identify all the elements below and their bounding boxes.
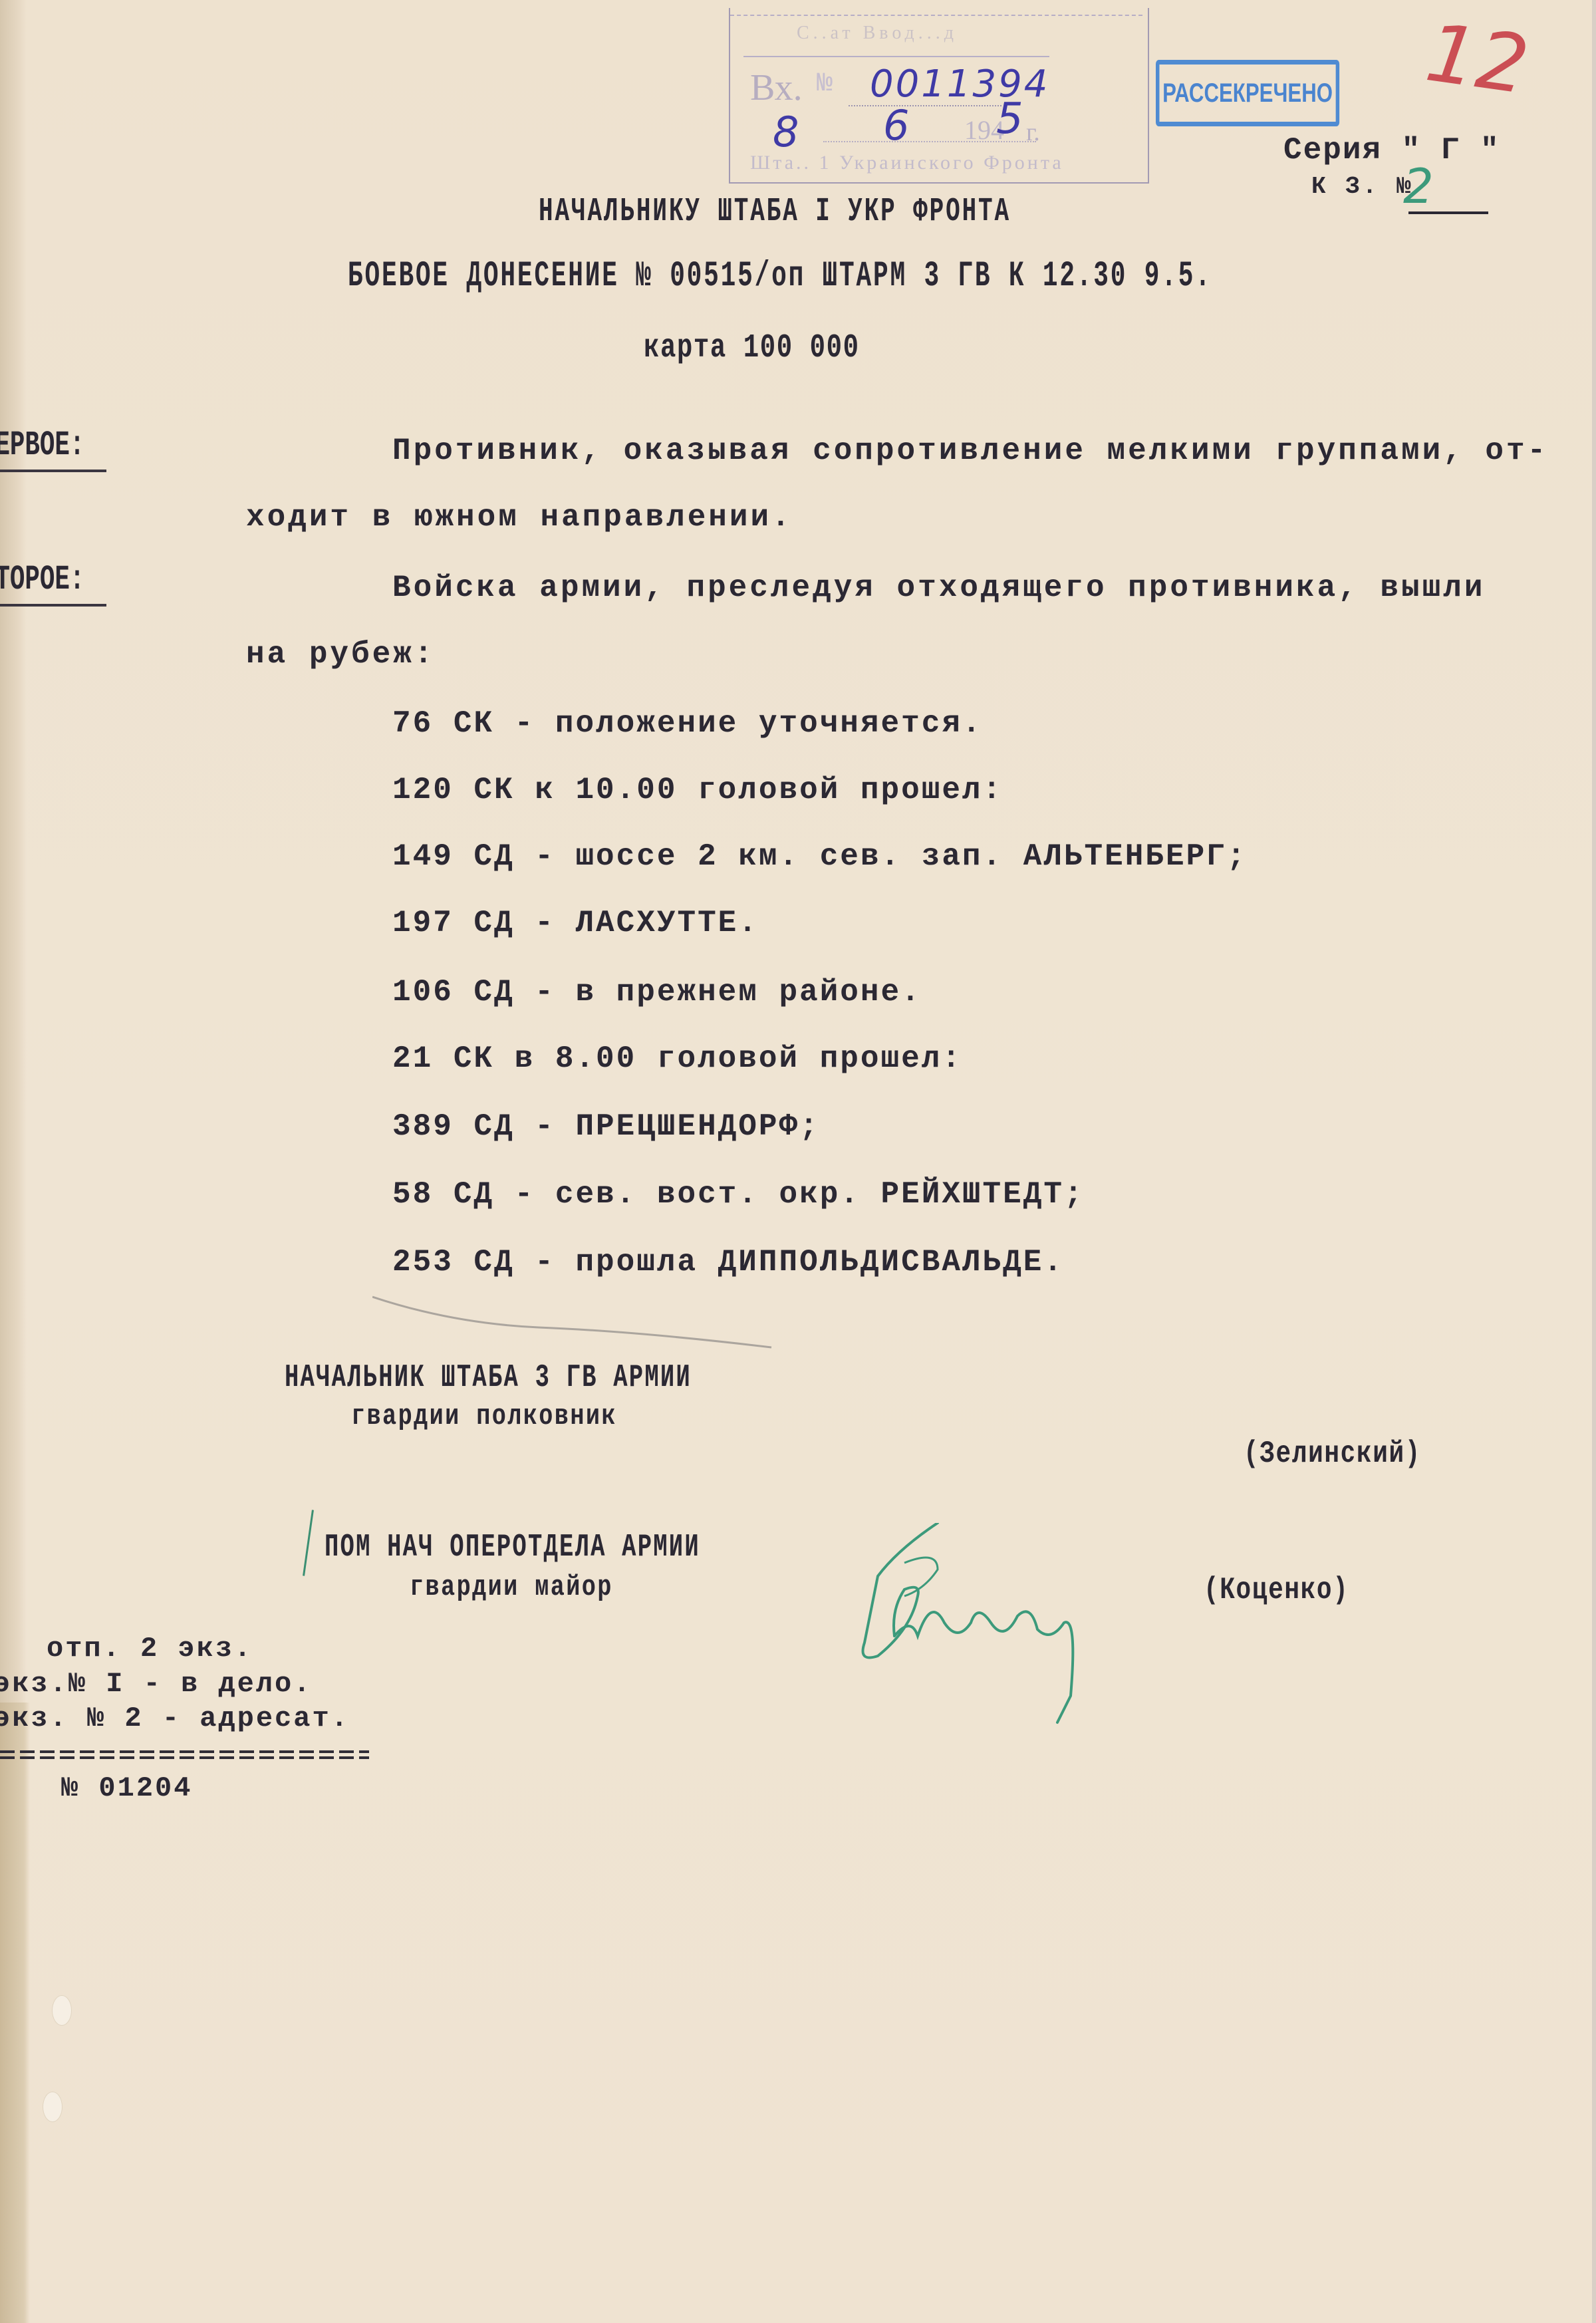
double-rule bbox=[0, 1750, 369, 1760]
pencil-stroke bbox=[372, 1284, 904, 1350]
incoming-day: 8 bbox=[773, 108, 799, 156]
stamp-footer: Шта.. 1 Украинского Фронта bbox=[750, 152, 1064, 174]
deputy-name: (Коценко) bbox=[1204, 1573, 1349, 1607]
series-label: Серия " Г " bbox=[1283, 133, 1500, 168]
unit-line: 389 СД - ПРЕЦШЕНДОРФ; bbox=[392, 1109, 820, 1144]
unit-line: 106 СД - в прежнем районе. bbox=[392, 975, 922, 1010]
first-line-2: ходит в южном направлении. bbox=[246, 500, 793, 535]
document-page: С..ат Ввод...д Вх. № 0011394 8 6 194 5 г… bbox=[0, 0, 1596, 2323]
report-title: БОЕВОЕ ДОНЕСЕНИЕ № 00515/оп ШТАРМ 3 ГВ К… bbox=[348, 256, 1212, 297]
section-label-second: ВТОРОЕ: bbox=[0, 560, 84, 599]
unit-line: 120 СК к 10.00 головой прошел: bbox=[392, 773, 1003, 807]
stamp-number-sign: № bbox=[817, 69, 833, 99]
deputy-rank: гвардии майор bbox=[410, 1571, 613, 1604]
incoming-year-suffix: г. bbox=[1026, 118, 1040, 147]
label-underline bbox=[0, 604, 106, 607]
declassified-stamp: РАССЕКРЕЧЕНО bbox=[1156, 60, 1339, 126]
stamp-dotted-line bbox=[849, 105, 1001, 106]
unit-line: 58 СД - сев. вост. окр. РЕЙХШТЕДТ; bbox=[392, 1177, 1085, 1212]
map-scale: карта 100 000 bbox=[644, 329, 860, 367]
incoming-month: 6 bbox=[883, 101, 909, 150]
section-label-first: ПЕРВОЕ: bbox=[0, 426, 84, 465]
incoming-stamp: С..ат Ввод...д Вх. № 0011394 8 6 194 5 г… bbox=[729, 8, 1149, 184]
chief-title: НАЧАЛЬНИК ШТАБА 3 ГВ АРМИИ bbox=[285, 1360, 692, 1396]
second-line-1: Войска армии, преследуя отходящего проти… bbox=[392, 571, 1485, 605]
stamp-divider bbox=[743, 56, 1049, 57]
unit-line: 253 СД - прошла ДИППОЛЬДИСВАЛЬДЕ. bbox=[392, 1245, 1064, 1280]
incoming-year-hand: 5 bbox=[996, 94, 1023, 144]
copy-underline bbox=[1408, 211, 1488, 214]
stamp-prefix: Вх. bbox=[750, 67, 803, 109]
handwritten-signature bbox=[838, 1523, 1210, 1736]
copy-label: К З. № bbox=[1311, 173, 1414, 200]
registration-number: № 01204 bbox=[61, 1772, 192, 1804]
distribution-line: экз.№ I - в дело. bbox=[0, 1668, 312, 1700]
unit-line: 21 СК в 8.00 головой прошел: bbox=[392, 1041, 962, 1076]
page-number: 12 bbox=[1420, 7, 1534, 112]
chief-name: (Зелинский) bbox=[1244, 1436, 1421, 1471]
label-underline bbox=[0, 470, 106, 472]
first-line-1: Противник, оказывая сопротивление мелким… bbox=[392, 434, 1548, 468]
deputy-title: ПОМ НАЧ ОПЕРОТДЕЛА АРМИИ bbox=[325, 1530, 700, 1566]
binder-hole bbox=[52, 1995, 72, 2026]
page-edge bbox=[1592, 0, 1596, 2323]
distribution-line: экз. № 2 - адресат. bbox=[0, 1703, 350, 1734]
stamp-dotted-line bbox=[823, 141, 1036, 142]
stamp-org-header: С..ат Ввод...д bbox=[797, 23, 958, 44]
second-line-2: на рубеж: bbox=[246, 637, 435, 672]
copy-number: 2 bbox=[1403, 158, 1434, 214]
stamp-divider bbox=[730, 15, 1142, 16]
margin-pen-mark bbox=[303, 1510, 314, 1575]
addressee: НАЧАЛЬНИКУ ШТАБА I УКР ФРОНТА bbox=[539, 193, 1011, 231]
binder-hole bbox=[43, 2092, 63, 2122]
binding-shadow-bottom bbox=[0, 1703, 30, 2323]
chief-rank: гвардии полковник bbox=[351, 1400, 617, 1433]
unit-line: 197 СД - ЛАСХУТТЕ. bbox=[392, 906, 759, 940]
unit-line: 76 СК - положение уточняется. bbox=[392, 706, 983, 741]
distribution-line: отп. 2 экз. bbox=[47, 1633, 253, 1665]
unit-line: 149 СД - шоссе 2 км. сев. зап. АЛЬТЕНБЕР… bbox=[392, 839, 1247, 874]
